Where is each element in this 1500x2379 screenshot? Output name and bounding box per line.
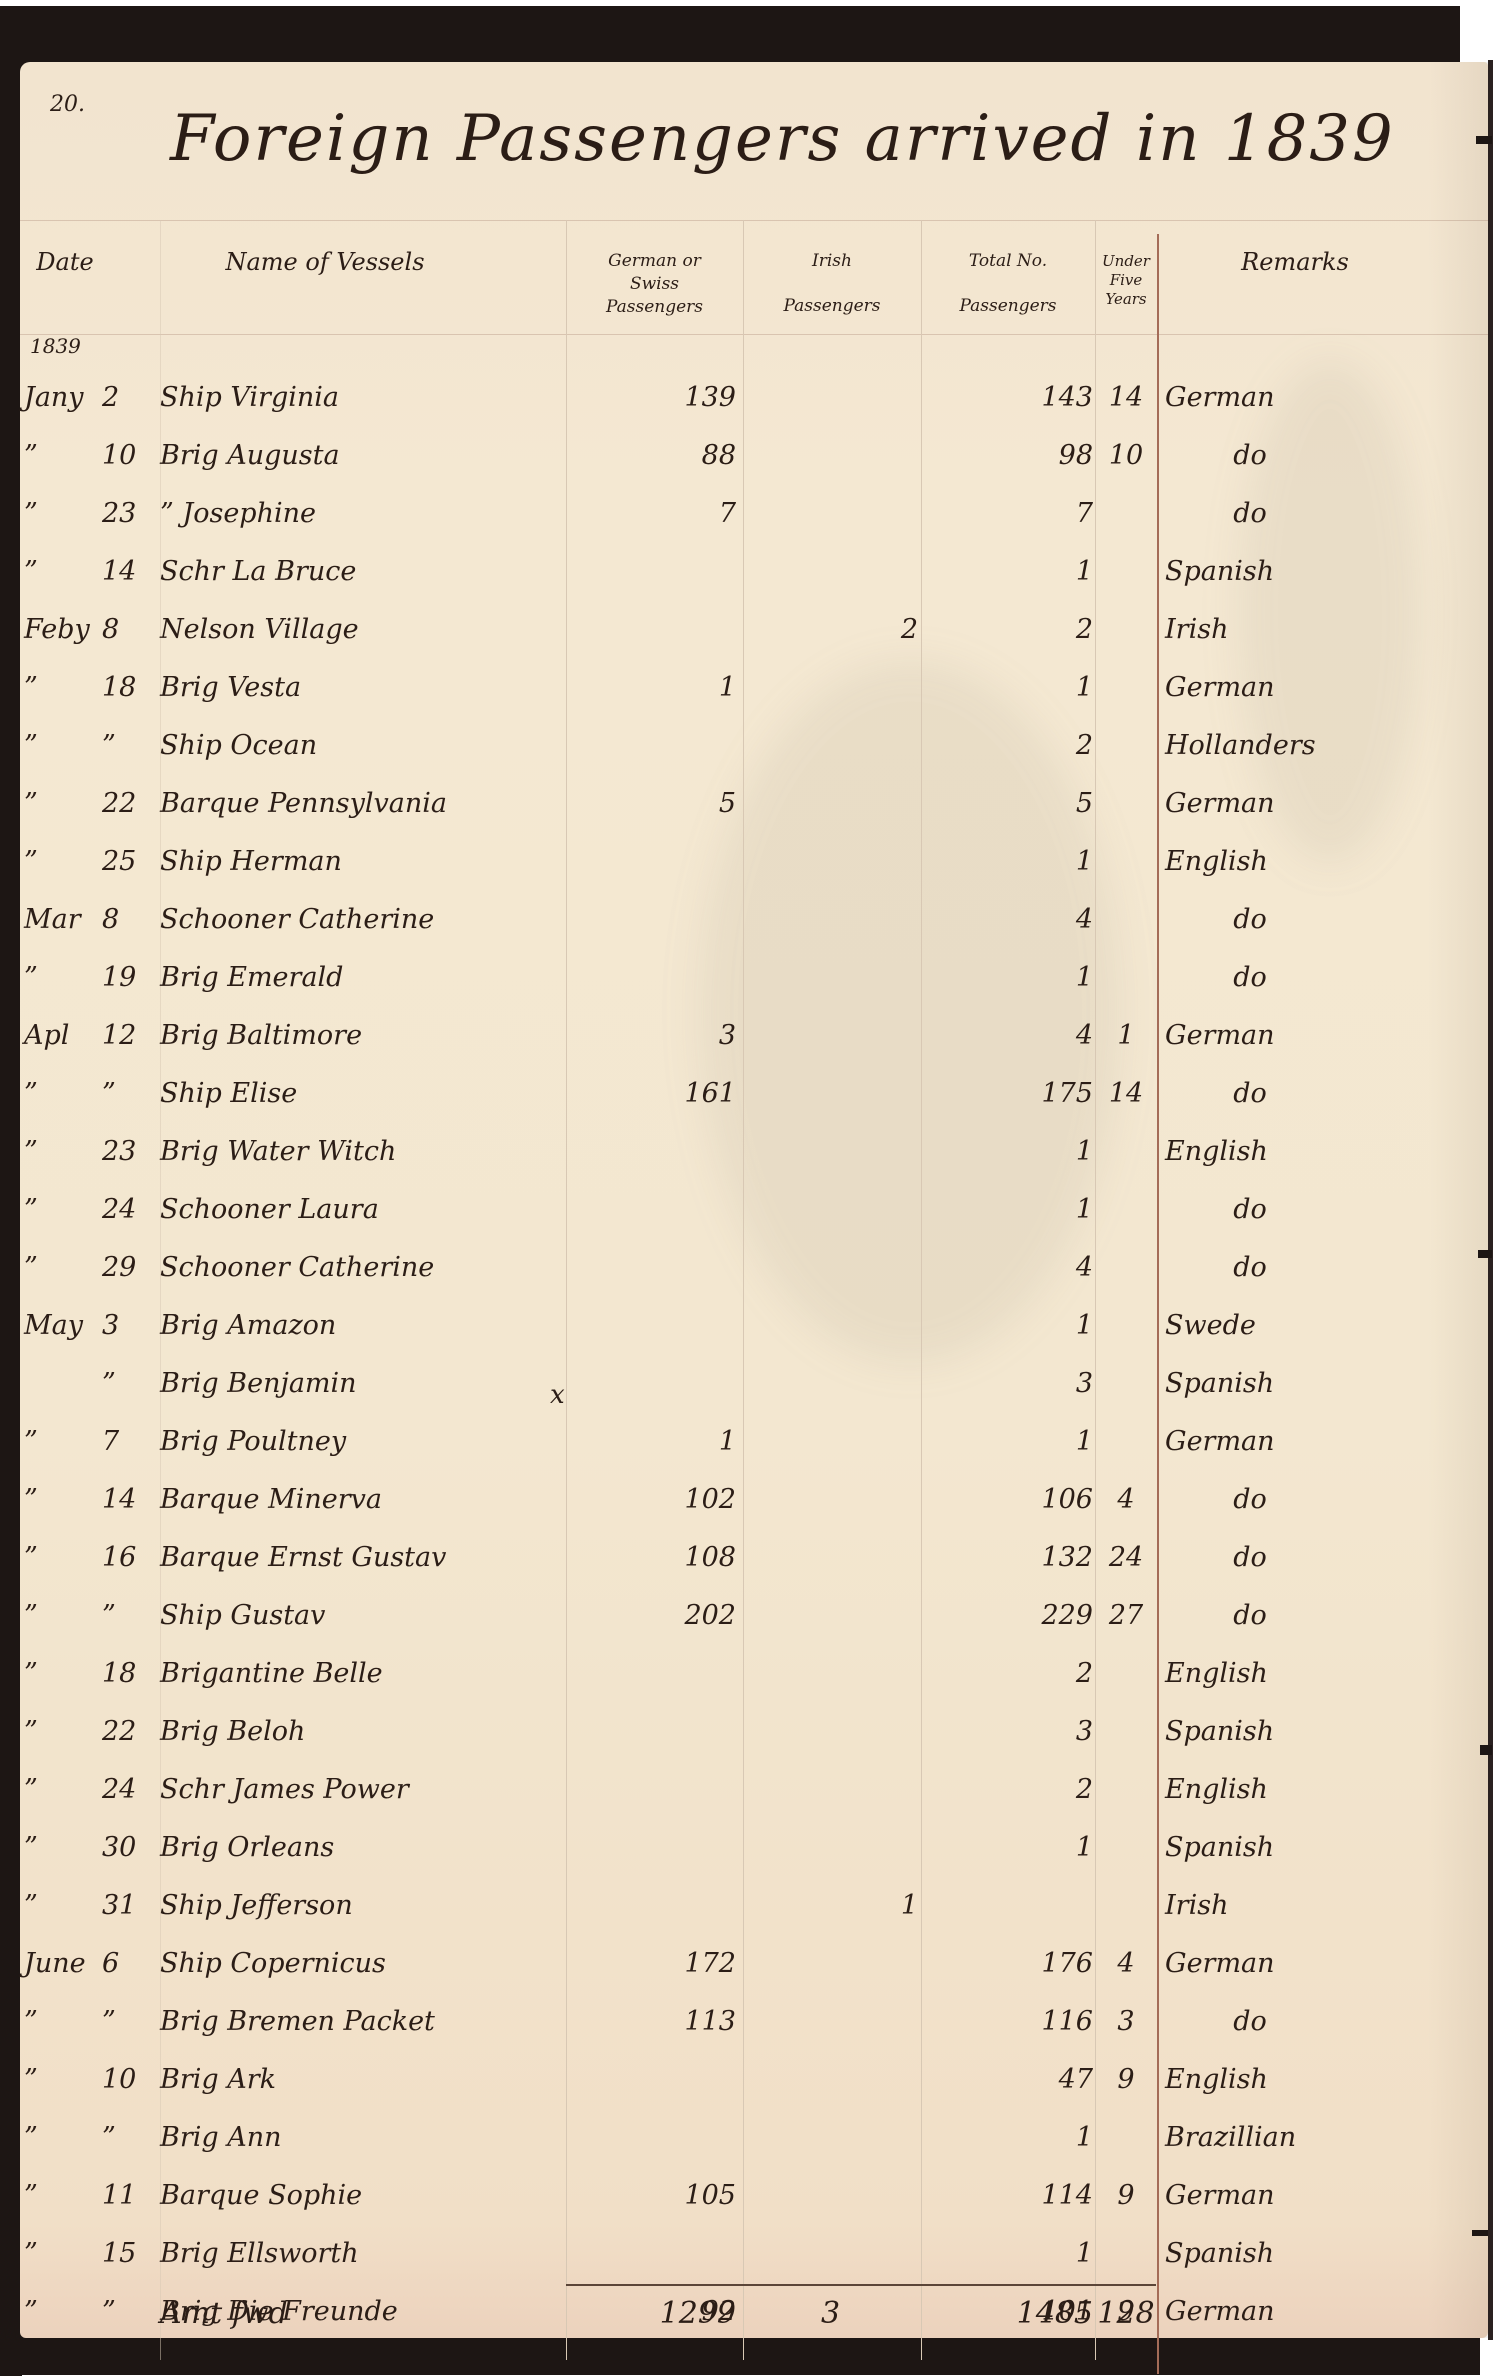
- month-cell: ”: [24, 498, 94, 529]
- table-row: Jany2Ship Virginia13914314German: [20, 374, 1488, 432]
- total-passengers-cell: 1: [921, 1426, 1093, 1457]
- table-row: Apl12Brig Baltimore341German: [20, 1012, 1488, 1070]
- day-cell: 16: [102, 1542, 142, 1573]
- total-passengers-cell: 47: [921, 2064, 1093, 2095]
- day-cell: 25: [102, 846, 142, 877]
- table-row: ””Ship Ocean2Hollanders: [20, 722, 1488, 780]
- vessel-name-cell: Brig Ann: [160, 2122, 282, 2153]
- total-passengers-cell: 1: [921, 1136, 1093, 1167]
- remarks-cell: do: [1165, 962, 1335, 993]
- vessel-name-cell: ” Josephine: [160, 498, 316, 529]
- day-cell: 19: [102, 962, 142, 993]
- under-five-cell: 3: [1096, 2006, 1156, 2037]
- table-row: ”24Schooner Laura1do: [20, 1186, 1488, 1244]
- day-cell: 10: [102, 2064, 142, 2095]
- remarks-cell: Spanish: [1165, 1716, 1385, 1747]
- remarks-cell: German: [1165, 1426, 1385, 1457]
- table-row: ”Brig Benjamin3Spanish: [20, 1360, 1488, 1418]
- remarks-cell: Spanish: [1165, 1368, 1385, 1399]
- month-cell: ”: [24, 440, 94, 471]
- vessel-name-cell: Ship Ocean: [160, 730, 317, 761]
- vessel-name-cell: Brig Bremen Packet: [160, 2006, 435, 2037]
- month-cell: ”: [24, 962, 94, 993]
- day-cell: 24: [102, 1774, 142, 1805]
- remarks-cell: Hollanders: [1165, 730, 1385, 761]
- total-passengers: 1485: [921, 2296, 1093, 2331]
- totals-label: Amt fwd: [160, 2296, 288, 2331]
- german-swiss-count-cell: 7: [566, 498, 736, 529]
- remarks-cell: German: [1165, 1948, 1385, 1979]
- day-cell: 8: [102, 614, 142, 645]
- month-cell: Feby: [24, 614, 94, 645]
- vessel-name-cell: Schooner Laura: [160, 1194, 379, 1225]
- table-row: Feby8Nelson Village22Irish: [20, 606, 1488, 664]
- german-swiss-count-cell: 88: [566, 440, 736, 471]
- table-row: ”30Brig Orleans1Spanish: [20, 1824, 1488, 1882]
- vessel-name-cell: Schr La Bruce: [160, 556, 356, 587]
- total-passengers-cell: 3: [921, 1716, 1093, 1747]
- month-cell: ”: [24, 1890, 94, 1921]
- table-row: ”19Brig Emerald1do: [20, 954, 1488, 1012]
- day-cell: 7: [102, 1426, 142, 1457]
- table-row: ”22Brig Beloh3Spanish: [20, 1708, 1488, 1766]
- total-passengers-cell: 1: [921, 2122, 1093, 2153]
- vessel-name-cell: Brig Baltimore: [160, 1020, 362, 1051]
- scan-border-top: [0, 6, 1460, 66]
- binding-mark: [1478, 1250, 1492, 1258]
- vessel-name-cell: Brig Orleans: [160, 1832, 334, 1863]
- table-row: ”11Barque Sophie1051149German: [20, 2172, 1488, 2230]
- day-cell: ”: [102, 1368, 142, 1399]
- remarks-cell: Spanish: [1165, 2238, 1385, 2269]
- remarks-cell: Irish: [1165, 1890, 1385, 1921]
- vessel-name-cell: Nelson Village: [160, 614, 359, 645]
- german-swiss-count-cell: 5: [566, 788, 736, 819]
- under-five-cell: 24: [1096, 1542, 1156, 1573]
- total-passengers-cell: 2: [921, 1774, 1093, 1805]
- day-cell: 10: [102, 440, 142, 471]
- remarks-cell: do: [1165, 1194, 1335, 1225]
- total-passengers-cell: 4: [921, 1020, 1093, 1051]
- total-passengers-cell: 1: [921, 846, 1093, 877]
- remarks-cell: German: [1165, 382, 1385, 413]
- table-row: ””Brig Bremen Packet1131163do: [20, 1998, 1488, 2056]
- under-five-cell: 4: [1096, 1484, 1156, 1515]
- day-cell: 18: [102, 672, 142, 703]
- remarks-cell: German: [1165, 2180, 1385, 2211]
- remarks-cell: German: [1165, 672, 1385, 703]
- irish-count-cell: 2: [743, 614, 918, 645]
- table-row: ”10Brig Ark479English: [20, 2056, 1488, 2114]
- month-cell: ”: [24, 1774, 94, 1805]
- month-cell: ”: [24, 556, 94, 587]
- vessel-name-cell: Barque Sophie: [160, 2180, 362, 2211]
- german-swiss-count-cell: 113: [566, 2006, 736, 2037]
- scan-border-left: [0, 6, 22, 2376]
- sum-rule: [566, 2284, 1156, 2286]
- total-passengers-cell: 1: [921, 672, 1093, 703]
- table-row: ”14Schr La Bruce1Spanish: [20, 548, 1488, 606]
- total-passengers-cell: 5: [921, 788, 1093, 819]
- table-row: ””Ship Elise16117514do: [20, 1070, 1488, 1128]
- remarks-cell: do: [1165, 498, 1335, 529]
- day-cell: ”: [102, 730, 142, 761]
- header-irish: Irish Passengers: [743, 250, 921, 318]
- day-cell: 6: [102, 1948, 142, 1979]
- german-swiss-count-cell: 202: [566, 1600, 736, 1631]
- table-row: ”31Ship Jefferson1Irish: [20, 1882, 1488, 1940]
- table-row: ”23Brig Water Witch1English: [20, 1128, 1488, 1186]
- month-cell: ”: [24, 2238, 94, 2269]
- month-cell: ”: [24, 730, 94, 761]
- total-irish: 3: [743, 2296, 918, 2331]
- binding-mark: [1472, 2230, 1488, 2236]
- german-swiss-count-cell: 102: [566, 1484, 736, 1515]
- day-cell: 29: [102, 1252, 142, 1283]
- remarks-cell: English: [1165, 2064, 1385, 2095]
- table-row: ”22Barque Pennsylvania55German: [20, 780, 1488, 838]
- german-swiss-count-cell: 161: [566, 1078, 736, 1109]
- month-cell: Apl: [24, 1020, 94, 1051]
- day-cell: 14: [102, 1484, 142, 1515]
- header-german: German or Swiss Passengers: [566, 250, 743, 319]
- month-cell: ”: [24, 2122, 94, 2153]
- day-cell: ”: [102, 2122, 142, 2153]
- vessel-name-cell: Schooner Catherine: [160, 1252, 434, 1283]
- month-cell: ”: [24, 1600, 94, 1631]
- header-bottom-rule: [20, 334, 1488, 335]
- vessel-name-cell: Brig Amazon: [160, 1310, 336, 1341]
- month-cell: ”: [24, 2006, 94, 2037]
- total-passengers-cell: 1: [921, 1832, 1093, 1863]
- binding-mark: [1476, 136, 1492, 144]
- total-passengers-cell: 2: [921, 1658, 1093, 1689]
- day-cell: 23: [102, 1136, 142, 1167]
- remarks-cell: do: [1165, 1484, 1335, 1515]
- day-cell: 11: [102, 2180, 142, 2211]
- table-row: ”15Brig Ellsworth1Spanish: [20, 2230, 1488, 2288]
- header-vessel: Name of Vessels: [160, 250, 490, 274]
- day-cell: ”: [102, 1078, 142, 1109]
- vessel-name-cell: Brig Augusta: [160, 440, 340, 471]
- table-row: ”7Brig Poultney11German: [20, 1418, 1488, 1476]
- month-cell: ”: [24, 1484, 94, 1515]
- day-cell: 2: [102, 382, 142, 413]
- vessel-name-cell: Ship Jefferson: [160, 1890, 353, 1921]
- day-cell: 24: [102, 1194, 142, 1225]
- remarks-cell: do: [1165, 1542, 1335, 1573]
- day-cell: 30: [102, 1832, 142, 1863]
- vessel-name-cell: Ship Copernicus: [160, 1948, 386, 1979]
- german-swiss-count-cell: 1: [566, 672, 736, 703]
- remarks-cell: English: [1165, 1658, 1385, 1689]
- vessel-name-cell: Ship Herman: [160, 846, 342, 877]
- month-cell: ”: [24, 1542, 94, 1573]
- month-cell: ”: [24, 672, 94, 703]
- day-cell: 18: [102, 1658, 142, 1689]
- header-total: Total No. Passengers: [921, 250, 1095, 318]
- total-passengers-cell: 4: [921, 1252, 1093, 1283]
- total-passengers-cell: 229: [921, 1600, 1093, 1631]
- day-cell: 12: [102, 1020, 142, 1051]
- total-passengers-cell: 2: [921, 730, 1093, 761]
- vessel-name-cell: Ship Virginia: [160, 382, 339, 413]
- table-row: ”10Brig Augusta889810do: [20, 432, 1488, 490]
- day-cell: 14: [102, 556, 142, 587]
- month-cell: ”: [24, 1078, 94, 1109]
- remarks-cell: English: [1165, 1774, 1385, 1805]
- month-cell: ”: [24, 1252, 94, 1283]
- total-passengers-cell: 132: [921, 1542, 1093, 1573]
- header-date: Date: [20, 250, 110, 274]
- vessel-name-cell: Brig Ellsworth: [160, 2238, 359, 2269]
- table-row: ”16Barque Ernst Gustav10813224do: [20, 1534, 1488, 1592]
- table-row: ””Brig Ann1Brazillian: [20, 2114, 1488, 2172]
- remarks-cell: German: [1165, 788, 1385, 819]
- table-row: May3Brig Amazon1Swede: [20, 1302, 1488, 1360]
- vessel-name-cell: Brig Ark: [160, 2064, 276, 2095]
- remarks-cell: Brazillian: [1165, 2122, 1385, 2153]
- remarks-cell: do: [1165, 1078, 1335, 1109]
- remarks-cell: do: [1165, 904, 1335, 935]
- remarks-cell: do: [1165, 1252, 1335, 1283]
- day-cell: 22: [102, 788, 142, 819]
- under-five-cell: 4: [1096, 1948, 1156, 1979]
- day-cell: ”: [102, 2006, 142, 2037]
- german-swiss-count-cell: 1: [566, 1426, 736, 1457]
- german-swiss-count-cell: 3: [566, 1020, 736, 1051]
- table-row: ”18Brigantine Belle2English: [20, 1650, 1488, 1708]
- scan-border-right: [1488, 60, 1493, 2340]
- total-passengers-cell: 1: [921, 556, 1093, 587]
- page-number: 20.: [50, 92, 85, 117]
- table-row: ”14Barque Minerva1021064do: [20, 1476, 1488, 1534]
- total-passengers-cell: 4: [921, 904, 1093, 935]
- total-passengers-cell: 1: [921, 2238, 1093, 2269]
- german-swiss-count-cell: 139: [566, 382, 736, 413]
- remarks-cell: English: [1165, 846, 1385, 877]
- month-cell: Jany: [24, 382, 94, 413]
- vessel-name-cell: Schr James Power: [160, 1774, 409, 1805]
- remarks-cell: German: [1165, 1020, 1385, 1051]
- header-remarks: Remarks: [1180, 250, 1410, 274]
- day-cell: 23: [102, 498, 142, 529]
- total-passengers-cell: 114: [921, 2180, 1093, 2211]
- under-five-cell: 9: [1096, 2064, 1156, 2095]
- day-cell: ”: [102, 1600, 142, 1631]
- month-cell: ”: [24, 1658, 94, 1689]
- remarks-cell: Spanish: [1165, 1832, 1385, 1863]
- totals-row: Amt fwd 1299 3 1485 128: [20, 2290, 1488, 2350]
- month-cell: ”: [24, 1136, 94, 1167]
- total-passengers-cell: 1: [921, 1194, 1093, 1225]
- under-five-cell: 14: [1096, 382, 1156, 413]
- month-cell: ”: [24, 1194, 94, 1225]
- day-cell: 8: [102, 904, 142, 935]
- total-passengers-cell: 7: [921, 498, 1093, 529]
- under-five-cell: 27: [1096, 1600, 1156, 1631]
- irish-count-cell: 1: [743, 1890, 918, 1921]
- month-cell: ”: [24, 788, 94, 819]
- total-passengers-cell: 2: [921, 614, 1093, 645]
- under-five-cell: 10: [1096, 440, 1156, 471]
- month-cell: ”: [24, 1716, 94, 1747]
- remarks-cell: do: [1165, 1600, 1335, 1631]
- remarks-cell: Swede: [1165, 1310, 1385, 1341]
- german-swiss-count-cell: 108: [566, 1542, 736, 1573]
- day-cell: 3: [102, 1310, 142, 1341]
- year-label: 1839: [30, 334, 81, 358]
- total-under-five: 128: [1096, 2296, 1156, 2331]
- total-passengers-cell: 176: [921, 1948, 1093, 1979]
- vessel-name-cell: Brig Benjamin: [160, 1368, 357, 1399]
- vessel-name-cell: Ship Elise: [160, 1078, 297, 1109]
- vessel-name-cell: Barque Pennsylvania: [160, 788, 447, 819]
- total-german: 1299: [566, 2296, 736, 2331]
- table-row: June6Ship Copernicus1721764German: [20, 1940, 1488, 1998]
- vessel-name-cell: Brig Vesta: [160, 672, 301, 703]
- under-five-cell: 9: [1096, 2180, 1156, 2211]
- german-swiss-count-cell: 172: [566, 1948, 736, 1979]
- vessel-name-cell: Brig Emerald: [160, 962, 343, 993]
- month-cell: ”: [24, 2180, 94, 2211]
- day-cell: 22: [102, 1716, 142, 1747]
- remarks-cell: Irish: [1165, 614, 1385, 645]
- month-cell: May: [24, 1310, 94, 1341]
- total-passengers-cell: 1: [921, 962, 1093, 993]
- vessel-name-cell: Brigantine Belle: [160, 1658, 383, 1689]
- table-row: ”25Ship Herman1English: [20, 838, 1488, 896]
- total-passengers-cell: 143: [921, 382, 1093, 413]
- table-row: ”24Schr James Power2English: [20, 1766, 1488, 1824]
- remarks-cell: Spanish: [1165, 556, 1385, 587]
- remarks-cell: English: [1165, 1136, 1385, 1167]
- header-under-five: Under Five Years: [1095, 252, 1157, 308]
- vessel-name-cell: Ship Gustav: [160, 1600, 325, 1631]
- month-cell: ”: [24, 846, 94, 877]
- total-passengers-cell: 98: [921, 440, 1093, 471]
- total-passengers-cell: 106: [921, 1484, 1093, 1515]
- under-five-cell: 1: [1096, 1020, 1156, 1051]
- vessel-name-cell: Barque Minerva: [160, 1484, 382, 1515]
- day-cell: 15: [102, 2238, 142, 2269]
- month-cell: June: [24, 1948, 94, 1979]
- total-passengers-cell: 116: [921, 2006, 1093, 2037]
- header-top-rule: [20, 220, 1488, 221]
- cross-mark: x: [550, 1380, 565, 1410]
- total-passengers-cell: 175: [921, 1078, 1093, 1109]
- month-cell: ”: [24, 1832, 94, 1863]
- under-five-cell: 14: [1096, 1078, 1156, 1109]
- binding-mark: [1480, 1745, 1492, 1755]
- remarks-cell: do: [1165, 440, 1335, 471]
- german-swiss-count-cell: 105: [566, 2180, 736, 2211]
- month-cell: ”: [24, 1426, 94, 1457]
- table-row: ”29Schooner Catherine4do: [20, 1244, 1488, 1302]
- vessel-name-cell: Barque Ernst Gustav: [160, 1542, 446, 1573]
- remarks-cell: do: [1165, 2006, 1335, 2037]
- vessel-name-cell: Schooner Catherine: [160, 904, 434, 935]
- total-passengers-cell: 3: [921, 1368, 1093, 1399]
- table-row: ””Ship Gustav20222927do: [20, 1592, 1488, 1650]
- table-row: ”23” Josephine77do: [20, 490, 1488, 548]
- vessel-name-cell: Brig Water Witch: [160, 1136, 396, 1167]
- page-title: Foreign Passengers arrived in 1839: [170, 102, 1450, 176]
- vessel-name-cell: Brig Poultney: [160, 1426, 346, 1457]
- table-row: ”18Brig Vesta11German: [20, 664, 1488, 722]
- vessel-name-cell: Brig Beloh: [160, 1716, 305, 1747]
- ledger-page: 20. Foreign Passengers arrived in 1839 D…: [20, 62, 1488, 2338]
- day-cell: 31: [102, 1890, 142, 1921]
- month-cell: ”: [24, 2064, 94, 2095]
- total-passengers-cell: 1: [921, 1310, 1093, 1341]
- month-cell: Mar: [24, 904, 94, 935]
- table-row: Mar8Schooner Catherine4do: [20, 896, 1488, 954]
